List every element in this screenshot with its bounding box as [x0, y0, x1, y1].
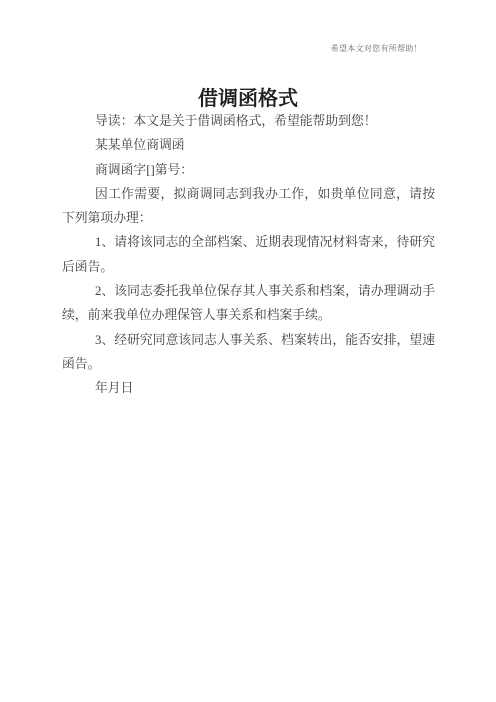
header-note: 希望本文对您有所帮助！ [331, 43, 422, 54]
document-line: 2、该同志委托我单位保存其人事关系和档案，请办理调动手 [62, 279, 435, 303]
document-line: 3、经研究同意该同志人事关系、档案转出，能否安排，望速 [62, 328, 435, 352]
document-line: 后函告。 [62, 255, 435, 279]
document-line: 某某单位商调函 [62, 133, 435, 157]
document-line: 续，前来我单位办理保管人事关系和档案手续。 [62, 303, 435, 327]
document-line: 导读：本文是关于借调函格式，希望能帮助到您！ [62, 109, 435, 133]
document-line: 函告。 [62, 352, 435, 376]
document-line: 年月日 [62, 376, 435, 400]
document-line: 下列第项办理： [62, 206, 435, 230]
document-title: 借调函格式 [0, 82, 496, 111]
document-line: 1、请将该同志的全部档案、近期表现情况材料寄来，待研究 [62, 230, 435, 254]
document-line: 因工作需要，拟商调同志到我办工作，如贵单位同意，请按 [62, 182, 435, 206]
document-line: 商调函字[]第号： [62, 158, 435, 182]
document-page: 希望本文对您有所帮助！ 借调函格式 导读：本文是关于借调函格式，希望能帮助到您！… [0, 0, 496, 702]
document-body: 导读：本文是关于借调函格式，希望能帮助到您！ 某某单位商调函 商调函字[]第号：… [62, 109, 435, 401]
